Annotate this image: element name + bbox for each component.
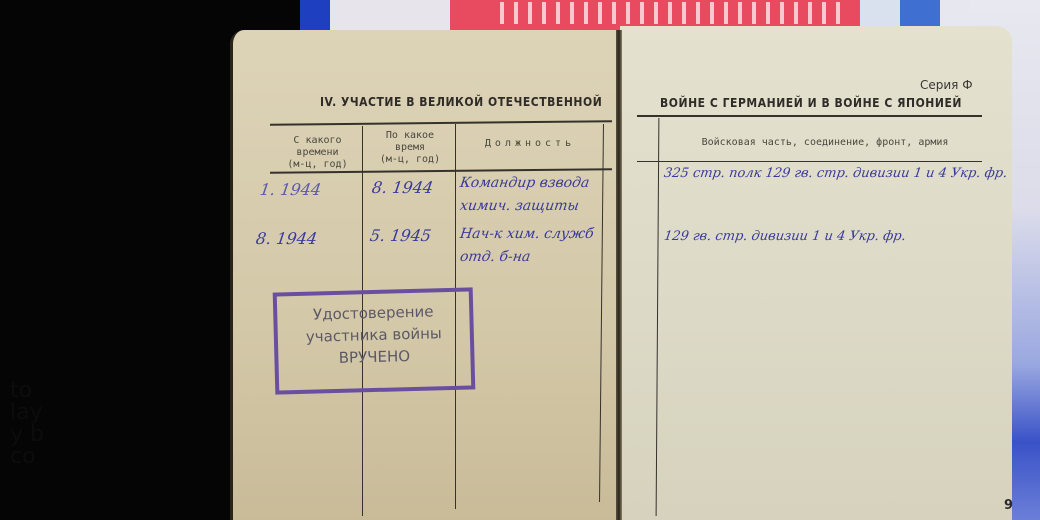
row1-position-line1: Командир взвода — [459, 175, 591, 191]
row1-to: 8. 1944 — [371, 178, 435, 197]
row1-unit: 325 стр. полк 129 гв. стр. дивизии 1 и 4… — [663, 166, 1008, 181]
column-header-position: Должность — [460, 138, 600, 150]
column-header-from: С какого времени (м-ц, год) — [275, 135, 360, 171]
row2-position-line2: отд. б-на — [459, 249, 532, 265]
page-number: 9 — [1004, 498, 1013, 513]
series-label: Серия Ф — [920, 78, 973, 92]
column-header-to: По какое время (м-ц, год) — [366, 130, 454, 166]
veteran-certificate-stamp: Удостоверение участника войны ВРУЧЕНО — [273, 287, 476, 394]
column-header-unit: Войсковая часть, соединение, фронт, арми… — [680, 137, 970, 149]
row1-position-line2: химич. защиты — [459, 198, 580, 214]
row2-from: 8. 1944 — [255, 229, 319, 248]
section-heading-right: ВОЙНЕ С ГЕРМАНИЕЙ И В ВОЙНЕ С ЯПОНИЕЙ — [660, 96, 962, 110]
row1-from: 1. 1944 — [259, 180, 323, 199]
row2-position-line1: Нач-к хим. служб — [459, 226, 595, 242]
row2-to: 5. 1945 — [369, 226, 433, 245]
row2-unit: 129 гв. стр. дивизии 1 и 4 Укр. фр. — [663, 229, 907, 244]
section-heading-left: IV. УЧАСТИЕ В ВЕЛИКОЙ ОТЕЧЕСТВЕННОЙ — [320, 95, 602, 109]
book-spine — [616, 30, 622, 520]
table-top-rule-right — [637, 115, 982, 117]
background-fabric-print: to lay y b co — [0, 360, 90, 520]
table-header-rule-right — [637, 161, 982, 162]
